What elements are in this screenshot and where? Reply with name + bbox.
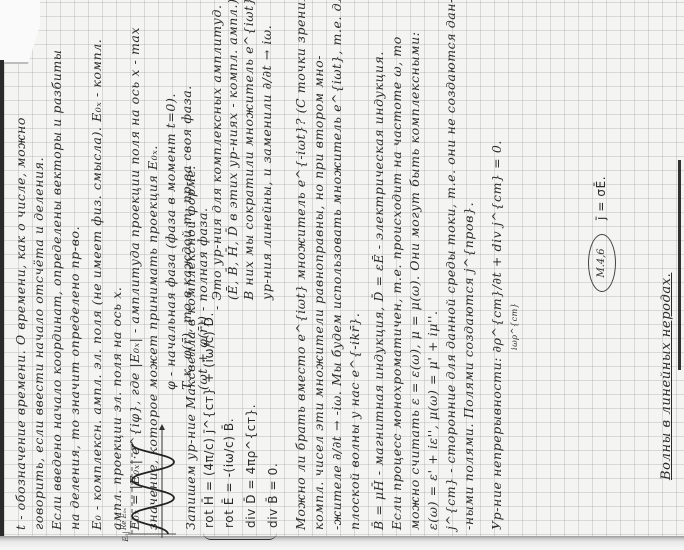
curve-label: Re E₀ₓ: [120, 507, 128, 531]
axis-arrow-icon: [159, 424, 165, 430]
text-line: -жителе ∂/∂t → -iω. Мы будем использоват…: [330, 0, 344, 530]
section-title: Волны в линейных неродах.: [660, 273, 674, 480]
text-line: говорить, если ввести начало отсчёта и д…: [32, 157, 46, 530]
text-line: ε(ω) = ε' + iε'', μ(ω) = μ' + iμ''.: [426, 310, 440, 530]
rotated-handwriting-layer: t - обозначение времени. О времени, как …: [0, 0, 684, 550]
text-line: φ - начальная фаза (фаза в момент t=0).: [164, 93, 178, 390]
maxwell-equation: div B̄ = 0.: [266, 463, 280, 528]
circled-reference-note: М.4,6: [588, 234, 616, 292]
text-line: (Ē, B̄, H̄, D̄ в этих ур-ниях - компл. а…: [226, 0, 240, 300]
text-line: j^{ст} - сторонние для данной среды токи…: [444, 0, 458, 530]
text-line: E₀ - комплексн. ампл. эл. поля (не имеет…: [90, 39, 104, 530]
text-line: -ными полями. Полями создаются j^{пров}.: [462, 202, 476, 530]
text-line: плоской волны у нас e^{-ikr̄}.: [348, 312, 362, 530]
equation-brace: [203, 531, 277, 540]
text-line: Если процесс монохроматичен, т.е. происх…: [390, 36, 404, 530]
text-line: - Это ур-ния для комплексных амплитуд.: [210, 4, 224, 310]
text-line: можно считать ε = ε(ω), μ = μ(ω). Они мо…: [408, 31, 422, 530]
equation-annotation: iωρ^{ст}: [508, 302, 522, 350]
maxwell-equation: rot Ē = -(iω/c) B̄.: [222, 418, 236, 528]
continuity-equation: Ур-ние непрерывности: ∂ρ^{ст}/∂t + div j…: [490, 140, 504, 530]
text-line: ур-ния линейны, и заменили ∂/∂t → iω.: [260, 25, 274, 300]
maxwell-equation: rot H̄ = (4π/c) j̄^{ст} + (iω/c) D̄.: [202, 312, 216, 528]
y-axis-label: |E₀|: [122, 531, 130, 542]
sine-wave-figure: |E₀| Re E₀ₓ: [118, 422, 182, 542]
text-line: на деления, то значит определено пр-во.: [68, 226, 82, 530]
text-line: B̄ = μH̄ - магнитная индукция, D̄ = εĒ -…: [372, 51, 386, 530]
text-line: Запишем ур-ние Максвелла в комплексной ф…: [184, 165, 198, 530]
ohm-law-equation: j̄ = σĒ.: [594, 176, 608, 220]
text-line: Можно ли брать вместо e^{iωt} множитель …: [294, 0, 308, 530]
text-line: t - обозначение времени. О времени, как …: [14, 117, 28, 530]
sine-curve: [132, 444, 174, 534]
text-line: В них мы сократили множитель e^{iωt}, т.…: [242, 0, 256, 300]
text-line: Если введено начало координат, определен…: [50, 49, 64, 530]
maxwell-equation: div D̄ = 4πρ^{ст}.: [244, 404, 258, 528]
text-line: компл. чисел эти множители равноправны, …: [312, 55, 326, 530]
